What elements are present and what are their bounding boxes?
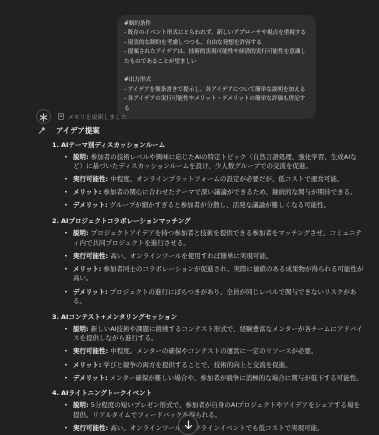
openai-logo-icon bbox=[39, 107, 48, 126]
user-message-line: - アイデアを箇条書きで提示し、各アイデアについて簡単な説明を加える bbox=[124, 86, 309, 95]
user-message-line: #制約条件 bbox=[124, 20, 309, 29]
idea-item-title: AIライトニングトークイベント bbox=[61, 389, 152, 397]
user-message-line: #出力形式 bbox=[124, 76, 309, 85]
idea-bullet: 実行可能性: 中程度。メンターの確保やコンテストの運営に一定のリソースが必要。 bbox=[63, 347, 365, 357]
idea-item-number: 1. bbox=[52, 140, 61, 150]
idea-bullet-list: 説明: 参加者の技術レベルや興味に応じたAIの特定トピック（自然言語処理、強化学… bbox=[63, 153, 365, 211]
bullet-text: グループが細かすぎると参加者が分散し、活発な議論が難しくなる可能性。 bbox=[110, 201, 330, 209]
idea-item-title: AIプロジェクトコラボレーションマッチング bbox=[61, 217, 191, 225]
bullet-label: デメリット: bbox=[73, 374, 108, 382]
idea-bullet: 説明: 新しいAI技術や課題に挑戦するコンテスト形式で、経験豊富なメンターが各チ… bbox=[63, 325, 365, 344]
bullet-text: 中程度。オンラインプラットフォームの設定が必要だが、低コストで運営可能。 bbox=[110, 175, 343, 183]
bullet-text: 参加者の技術レベルや興味に応じたAIの特定トピック（自然言語処理、強化学習、生成… bbox=[73, 153, 357, 171]
bullet-label: デメリット: bbox=[73, 288, 108, 296]
idea-item-title-row: 2.AIプロジェクトコラボレーションマッチング bbox=[52, 216, 365, 226]
idea-bullet: デメリット: グループが細かすぎると参加者が分散し、活発な議論が難しくなる可能性… bbox=[63, 201, 365, 211]
bullet-label: 実行可能性: bbox=[73, 347, 108, 355]
response-heading-row: アイデア提案 bbox=[37, 126, 365, 136]
idea-list: 1.AIテーマ別ディスカッションルーム 説明: 参加者の技術レベルや興味に応じた… bbox=[52, 140, 365, 434]
memory-notice[interactable]: メモリを更新しました bbox=[36, 109, 127, 124]
bullet-label: 説明: bbox=[73, 325, 89, 333]
memory-notice-label: メモリを更新しました bbox=[68, 112, 127, 121]
idea-item-title: AIコンテスト+メンタリングセッション bbox=[61, 313, 177, 321]
bullet-text: 高い。オンラインツールを使用すれば簡単に実現可能。 bbox=[110, 252, 272, 260]
bullet-label: 実行可能性: bbox=[73, 424, 108, 432]
bullet-text: 中程度。メンターの確保やコンテストの運営に一定のリソースが必要。 bbox=[110, 347, 317, 355]
bullet-text: 学びと競争の両方を提供することで、技術的向上と交流を促進。 bbox=[103, 361, 291, 369]
user-message-bubble: #制約条件- 既存のイベント形式にとらわれず、新しいアプローチや視点を重視する-… bbox=[117, 15, 316, 119]
assistant-avatar bbox=[36, 109, 51, 124]
bullet-label: 説明: bbox=[73, 229, 89, 237]
response-title: アイデア提案 bbox=[56, 126, 100, 136]
bullet-text: 高い。オンラインツールやオフラインイベントでも低コストで実現可能。 bbox=[110, 424, 323, 432]
down-arrow-icon bbox=[184, 418, 193, 433]
user-message-line bbox=[124, 67, 309, 76]
idea-item-title-row: 4.AIライトニングトークイベント bbox=[52, 388, 365, 398]
memory-icon bbox=[58, 113, 64, 120]
idea-bullet: デメリット: プロジェクトの進行にばらつきがあり、全員が同じレベルで関与できない… bbox=[63, 288, 365, 307]
bullet-label: 実行可能性: bbox=[73, 252, 108, 260]
idea-bullet-list: 説明: 5分程度の短いプレゼン形式で、参加者が自身のAIプロジェクトやアイデアを… bbox=[63, 401, 365, 433]
idea-item-title-row: 3.AIコンテスト+メンタリングセッション bbox=[52, 312, 365, 322]
bullet-label: 説明: bbox=[73, 401, 89, 409]
idea-item-number: 4. bbox=[52, 388, 61, 398]
user-message-line: - 提案されたアイデアは、技術的実現可能性や経済的実行可能性を意識したものである… bbox=[124, 48, 309, 67]
bullet-label: メリット: bbox=[73, 188, 101, 196]
bullet-text: 参加者の関心に合わせたテーマで深い議論ができるため、継続的な関与が期待できる。 bbox=[103, 188, 356, 196]
idea-item-number: 3. bbox=[52, 312, 61, 322]
idea-item-title: AIテーマ別ディスカッションルーム bbox=[61, 141, 165, 149]
idea-list-item: 1.AIテーマ別ディスカッションルーム 説明: 参加者の技術レベルや興味に応じた… bbox=[52, 140, 365, 211]
bullet-text: 新しいAI技術や課題に挑戦するコンテスト形式で、経験豊富なメンターが各チームにア… bbox=[73, 325, 363, 343]
idea-bullet: 説明: 参加者の技術レベルや興味に応じたAIの特定トピック（自然言語処理、強化学… bbox=[63, 153, 365, 172]
idea-bullet: デメリット: メンター確保が難しい場合や、参加者が競争に消極的な場合に関与が低下… bbox=[63, 374, 365, 384]
bullet-text: プロジェクトの進行にばらつきがあり、全員が同じレベルで関与できないリスクがある。 bbox=[73, 288, 356, 306]
assistant-message: アイデア提案 1.AIテーマ別ディスカッションルーム 説明: 参加者の技術レベル… bbox=[52, 126, 365, 435]
idea-item-number: 2. bbox=[52, 216, 61, 226]
idea-bullet: メリット: 参加者同士のコラボレーションが促進され、実際に価値のある成果物が得ら… bbox=[63, 265, 365, 284]
bullet-label: メリット: bbox=[73, 265, 101, 273]
bullet-label: デメリット: bbox=[73, 201, 108, 209]
chat-page: { "user_message": { "lines": [ "#制約条件", … bbox=[0, 0, 379, 435]
idea-bullet: 実行可能性: 高い。オンラインツールを使用すれば簡単に実現可能。 bbox=[63, 252, 365, 262]
idea-bullet: 実行可能性: 中程度。オンラインプラットフォームの設定が必要だが、低コストで運営… bbox=[63, 175, 365, 185]
idea-bullet: メリット: 参加者の関心に合わせたテーマで深い議論ができるため、継続的な関与が期… bbox=[63, 188, 365, 198]
bullet-text: プロジェクトアイデアを持つ参加者と技術を提供できる参加者をマッチングさせ、コミュ… bbox=[73, 229, 362, 247]
idea-bullet: 説明: 5分程度の短いプレゼン形式で、参加者が自身のAIプロジェクトやアイデアを… bbox=[63, 401, 365, 420]
pin-icon bbox=[37, 126, 46, 135]
user-message-line: - 現実的な制約を考慮しつつも、自由な発想を許容する bbox=[124, 39, 309, 48]
idea-item-title-row: 1.AIテーマ別ディスカッションルーム bbox=[52, 140, 365, 150]
idea-bullet-list: 説明: 新しいAI技術や課題に挑戦するコンテスト形式で、経験豊富なメンターが各チ… bbox=[63, 325, 365, 383]
idea-bullet: メリット: 学びと競争の両方を提供することで、技術的向上と交流を促進。 bbox=[63, 361, 365, 371]
bullet-label: 説明: bbox=[73, 153, 89, 161]
idea-bullet-list: 説明: プロジェクトアイデアを持つ参加者と技術を提供できる参加者をマッチングさせ… bbox=[63, 229, 365, 307]
bullet-label: メリット: bbox=[73, 361, 101, 369]
scroll-to-bottom-button[interactable] bbox=[178, 415, 198, 435]
idea-list-item: 2.AIプロジェクトコラボレーションマッチング 説明: プロジェクトアイデアを持… bbox=[52, 216, 365, 307]
bullet-text: 5分程度の短いプレゼン形式で、参加者が自身のAIプロジェクトやアイデアをシェアす… bbox=[73, 401, 360, 419]
user-message-line: - 各アイデアの実行可能性やメリット・デメリットの簡単な評価も併記する bbox=[124, 95, 309, 114]
user-message-line: - 既存のイベント形式にとらわれず、新しいアプローチや視点を重視する bbox=[124, 29, 309, 38]
bullet-text: 参加者同士のコラボレーションが促進され、実際に価値のある成果物が得られる可能性が… bbox=[73, 265, 364, 283]
bullet-label: 実行可能性: bbox=[73, 175, 108, 183]
idea-list-item: 4.AIライトニングトークイベント 説明: 5分程度の短いプレゼン形式で、参加者… bbox=[52, 388, 365, 433]
bullet-text: メンター確保が難しい場合や、参加者が競争に消極的な場合に関与が低下する可能性。 bbox=[110, 374, 363, 382]
idea-list-item: 3.AIコンテスト+メンタリングセッション 説明: 新しいAI技術や課題に挑戦す… bbox=[52, 312, 365, 383]
idea-bullet: 説明: プロジェクトアイデアを持つ参加者と技術を提供できる参加者をマッチングさせ… bbox=[63, 229, 365, 248]
idea-bullet: 実行可能性: 高い。オンラインツールやオフラインイベントでも低コストで実現可能。 bbox=[63, 424, 365, 434]
